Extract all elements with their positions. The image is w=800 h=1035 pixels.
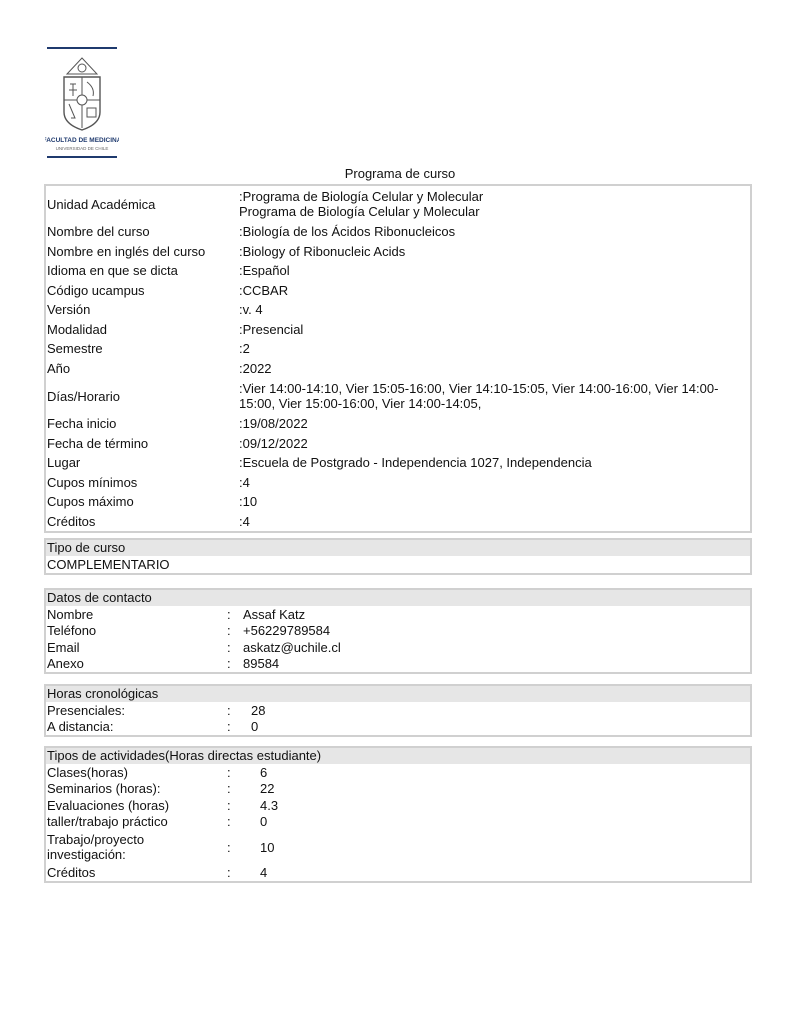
field-label: Cupos mínimos (46, 475, 239, 490)
field-label: Nombre en inglés del curso (46, 244, 239, 259)
field-value-line: :Vier 14:00-14:10, Vier 15:05-16:00, Vie… (239, 381, 750, 396)
row-value: Assaf Katz (243, 607, 750, 622)
university-crest-icon: FACULTAD DE MEDICINA UNIVERSIDAD DE CHIL… (45, 44, 119, 160)
field-value-line: :4 (239, 514, 750, 529)
row-label: Créditos (47, 865, 227, 880)
field-value: :2 (239, 341, 750, 356)
course-field-row: Días/Horario:Vier 14:00-14:10, Vier 15:0… (46, 378, 750, 414)
field-label: Lugar (46, 455, 239, 470)
course-type-value: COMPLEMENTARIO (46, 556, 750, 573)
course-field-row: Idioma en que se dicta:Español (46, 261, 750, 281)
field-label: Fecha inicio (46, 416, 239, 431)
field-value-line: :CCBAR (239, 283, 750, 298)
field-value-line: :Programa de Biología Celular y Molecula… (239, 189, 750, 204)
row-label: Presenciales: (47, 703, 227, 718)
field-label: Modalidad (46, 322, 239, 337)
course-field-row: Cupos mínimos:4 (46, 473, 750, 493)
field-value-line: :4 (239, 475, 750, 490)
course-field-row: Código ucampus:CCBAR (46, 281, 750, 301)
svg-text:FACULTAD DE MEDICINA: FACULTAD DE MEDICINA (45, 137, 119, 144)
field-value-line: :Biology of Ribonucleic Acids (239, 244, 750, 259)
field-value-line: :Escuela de Postgrado - Independencia 10… (239, 455, 750, 470)
field-value: :Presencial (239, 322, 750, 337)
field-value: :Escuela de Postgrado - Independencia 10… (239, 455, 750, 470)
course-field-row: Año:2022 (46, 359, 750, 379)
row-value: 89584 (243, 656, 750, 671)
field-label: Año (46, 361, 239, 376)
course-field-row: Nombre en inglés del curso:Biology of Ri… (46, 242, 750, 262)
field-value: :2022 (239, 361, 750, 376)
field-label: Cupos máximo (46, 494, 239, 509)
course-field-row: Versión:v. 4 (46, 300, 750, 320)
field-label: Unidad Académica (46, 197, 239, 212)
course-field-row: Modalidad:Presencial (46, 320, 750, 340)
field-label: Código ucampus (46, 283, 239, 298)
row-colon: : (227, 765, 260, 780)
section-header: Tipos de actividades(Horas directas estu… (46, 748, 750, 764)
svg-text:UNIVERSIDAD DE CHILE: UNIVERSIDAD DE CHILE (56, 146, 109, 151)
row-value: 4.3 (260, 798, 750, 813)
row-label: A distancia: (47, 719, 227, 734)
section-row: Trabajo/proyecto investigación::10 (46, 830, 750, 864)
field-value: :4 (239, 475, 750, 490)
field-value-line: :Biología de los Ácidos Ribonucleicos (239, 224, 750, 239)
row-colon: : (227, 607, 243, 622)
course-type-section: Tipo de curso COMPLEMENTARIO (44, 538, 752, 575)
section-row: Seminarios (horas)::22 (46, 781, 750, 798)
field-value: :4 (239, 514, 750, 529)
section-header: Tipo de curso (46, 540, 750, 556)
row-label: Nombre (47, 607, 227, 622)
hours-section: Horas cronológicas Presenciales::28A dis… (44, 684, 752, 737)
field-label: Semestre (46, 341, 239, 356)
row-colon: : (227, 640, 243, 655)
document-title: Programa de curso (0, 166, 800, 181)
field-label: Días/Horario (46, 389, 239, 404)
row-value: askatz@uchile.cl (243, 640, 750, 655)
row-value: 4 (260, 865, 750, 880)
row-label: Clases(horas) (47, 765, 227, 780)
course-field-row: Fecha de término:09/12/2022 (46, 434, 750, 454)
field-value: :CCBAR (239, 283, 750, 298)
row-label: Email (47, 640, 227, 655)
field-value: :10 (239, 494, 750, 509)
field-value-line: :10 (239, 494, 750, 509)
course-field-row: Nombre del curso:Biología de los Ácidos … (46, 222, 750, 242)
field-value-line: :2 (239, 341, 750, 356)
field-value-line: :Presencial (239, 322, 750, 337)
field-value: :Vier 14:00-14:10, Vier 15:05-16:00, Vie… (239, 381, 750, 411)
field-value-line: :09/12/2022 (239, 436, 750, 451)
row-colon: : (227, 719, 251, 734)
row-label: Evaluaciones (horas) (47, 798, 227, 813)
section-header: Horas cronológicas (46, 686, 750, 702)
field-value: :Español (239, 263, 750, 278)
row-value: 10 (260, 840, 750, 855)
row-value: 28 (251, 703, 750, 718)
activities-section: Tipos de actividades(Horas directas estu… (44, 746, 752, 883)
field-value-line: 15:00, Vier 15:00-16:00, Vier 14:00-14:0… (239, 396, 750, 411)
row-colon: : (227, 656, 243, 671)
row-value: +56229789584 (243, 623, 750, 638)
course-field-row: Lugar:Escuela de Postgrado - Independenc… (46, 453, 750, 473)
row-colon: : (227, 814, 260, 829)
course-field-row: Fecha inicio:19/08/2022 (46, 414, 750, 434)
section-row: taller/trabajo práctico:0 (46, 814, 750, 831)
row-label: Anexo (47, 656, 227, 671)
field-label: Versión (46, 302, 239, 317)
row-colon: : (227, 781, 260, 796)
row-label: Seminarios (horas): (47, 781, 227, 796)
field-value: :09/12/2022 (239, 436, 750, 451)
field-value-line: :2022 (239, 361, 750, 376)
section-row: Nombre:Assaf Katz (46, 606, 750, 623)
field-label: Fecha de término (46, 436, 239, 451)
section-row: Clases(horas):6 (46, 764, 750, 781)
row-value: 0 (251, 719, 750, 734)
row-label: Teléfono (47, 623, 227, 638)
section-row: A distancia::0 (46, 719, 750, 736)
field-value: :Biología de los Ácidos Ribonucleicos (239, 224, 750, 239)
field-label: Créditos (46, 514, 239, 529)
field-label: Nombre del curso (46, 224, 239, 239)
row-colon: : (227, 865, 260, 880)
field-label: Idioma en que se dicta (46, 263, 239, 278)
section-row: Presenciales::28 (46, 702, 750, 719)
field-value-line: :v. 4 (239, 302, 750, 317)
row-label: Trabajo/proyecto investigación: (47, 832, 157, 862)
field-value: :19/08/2022 (239, 416, 750, 431)
field-value-line: Programa de Biología Celular y Molecular (239, 204, 750, 219)
row-value: 22 (260, 781, 750, 796)
section-row: Email:askatz@uchile.cl (46, 639, 750, 656)
section-row: Evaluaciones (horas):4.3 (46, 797, 750, 814)
row-colon: : (227, 703, 251, 718)
field-value: :v. 4 (239, 302, 750, 317)
row-colon: : (227, 798, 260, 813)
row-colon: : (227, 623, 243, 638)
section-row: Teléfono:+56229789584 (46, 623, 750, 640)
field-value: :Programa de Biología Celular y Molecula… (239, 189, 750, 219)
course-info-table: Unidad Académica:Programa de Biología Ce… (44, 184, 752, 533)
section-row: Anexo:89584 (46, 656, 750, 673)
faculty-logo: FACULTAD DE MEDICINA UNIVERSIDAD DE CHIL… (45, 44, 119, 160)
section-row: Créditos:4 (46, 864, 750, 881)
course-field-row: Unidad Académica:Programa de Biología Ce… (46, 186, 750, 222)
section-header: Datos de contacto (46, 590, 750, 606)
field-value-line: :Español (239, 263, 750, 278)
course-field-row: Créditos:4 (46, 512, 750, 532)
course-field-row: Cupos máximo:10 (46, 492, 750, 512)
row-value: 0 (260, 814, 750, 829)
row-label: taller/trabajo práctico (47, 814, 227, 829)
contact-section: Datos de contacto Nombre:Assaf KatzTeléf… (44, 588, 752, 674)
row-value: 6 (260, 765, 750, 780)
field-value: :Biology of Ribonucleic Acids (239, 244, 750, 259)
row-colon: : (227, 840, 260, 855)
field-value-line: :19/08/2022 (239, 416, 750, 431)
course-field-row: Semestre:2 (46, 339, 750, 359)
